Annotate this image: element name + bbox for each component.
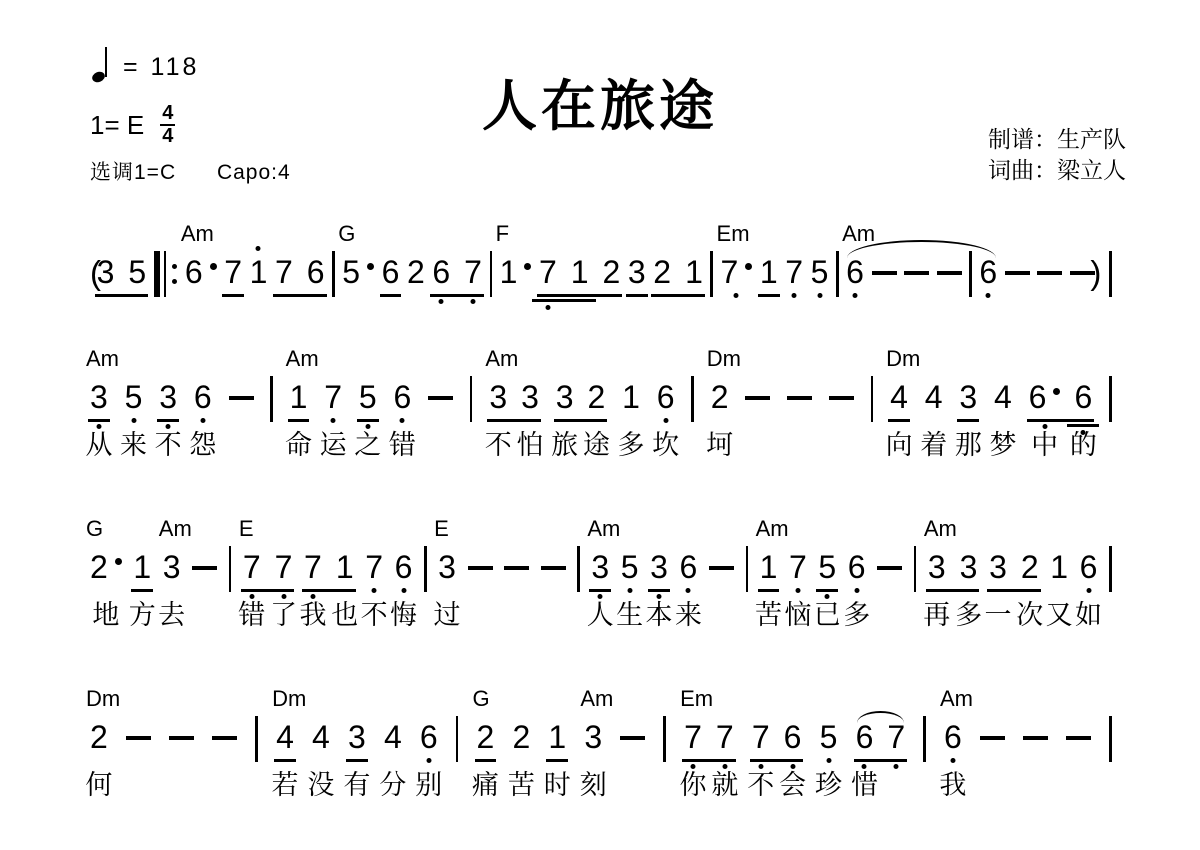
token-group bbox=[921, 719, 928, 766]
lyric-syllable: 如 bbox=[1075, 597, 1102, 633]
dash-token bbox=[937, 254, 962, 290]
dash-token bbox=[980, 719, 1005, 755]
chord-label: G bbox=[473, 681, 490, 717]
dash-line bbox=[541, 566, 566, 570]
low-octave-dot bbox=[471, 299, 476, 304]
low-octave-dot bbox=[853, 293, 858, 298]
beam-group: 3Am人 bbox=[589, 549, 611, 592]
note-token: 2G地 bbox=[90, 549, 122, 585]
score-system-4: 2Dm何4Dm若4没3有4分6别2G痛2苦1时3Am刻7Em你7就7不6会5珍6… bbox=[88, 683, 1114, 763]
note-number: 3 bbox=[438, 549, 456, 585]
dash-token bbox=[468, 549, 493, 585]
lyric-syllable: 我 bbox=[939, 767, 966, 803]
chord-label: E bbox=[434, 511, 449, 547]
lyric-syllable: 的 bbox=[1070, 427, 1097, 463]
barline bbox=[1109, 716, 1112, 762]
chord-label: Am bbox=[924, 511, 957, 547]
token-group: 3Am刻 bbox=[582, 719, 604, 759]
note-number: 6 bbox=[382, 254, 400, 290]
lyric-syllable: 分 bbox=[379, 767, 406, 803]
notes-row: 3Am从5来3不6怨1Am命7运5之6错3Am不3怕3旅2途1多6坎2Dm坷4D… bbox=[88, 379, 1114, 423]
low-octave-dot bbox=[200, 418, 205, 423]
note-token: 2 bbox=[407, 254, 425, 290]
note-number: 1 bbox=[548, 719, 566, 755]
note-token: 5G bbox=[342, 254, 374, 290]
low-octave-dot bbox=[663, 418, 668, 423]
note-token: 6如 bbox=[1080, 549, 1098, 585]
token-group bbox=[268, 379, 275, 426]
dash-token bbox=[1023, 719, 1048, 755]
note-token: 3E过 bbox=[438, 549, 456, 585]
lyric-syllable: 也 bbox=[331, 597, 358, 633]
note-number: 7 bbox=[365, 549, 383, 585]
token-group: ) bbox=[1088, 254, 1103, 296]
note-token: 7 bbox=[785, 254, 803, 290]
repeat-thin-bar bbox=[164, 251, 167, 297]
lyric-syllable: 怕 bbox=[517, 427, 544, 463]
note-number: 7 bbox=[275, 254, 293, 290]
note-token: 7Em bbox=[721, 254, 753, 290]
dash-token bbox=[192, 549, 217, 585]
lyric-syllable: 一 bbox=[984, 597, 1011, 633]
token-group: 5 bbox=[809, 254, 831, 294]
note-number: 6 bbox=[944, 719, 962, 755]
note-number: 7 bbox=[324, 379, 342, 415]
token-group: 6如 bbox=[1078, 549, 1100, 589]
barline bbox=[424, 546, 427, 592]
lyric-syllable: 错 bbox=[389, 427, 416, 463]
low-octave-dot bbox=[854, 588, 859, 593]
beam-group: 7我1也 bbox=[302, 549, 356, 592]
note-token: 3那 bbox=[959, 379, 977, 415]
note-token: 3Am从 bbox=[90, 379, 108, 415]
token-group: 2Dm何 bbox=[88, 719, 110, 759]
chord-label: Am bbox=[286, 341, 319, 377]
beam-group: 3Am不3怕 bbox=[487, 379, 541, 422]
note-number: 3 bbox=[556, 379, 574, 415]
token-group: 4着 bbox=[923, 379, 945, 419]
barline bbox=[836, 251, 839, 297]
lyric-syllable: 来 bbox=[120, 427, 147, 463]
dash-token bbox=[169, 719, 194, 755]
lyric-syllable: 若 bbox=[271, 767, 298, 803]
note-number: 4 bbox=[384, 719, 402, 755]
token-group bbox=[330, 254, 337, 301]
dash-line bbox=[468, 566, 493, 570]
lyric-syllable: 多 bbox=[843, 597, 870, 633]
note-token: 2Dm何 bbox=[90, 719, 108, 755]
dash-line bbox=[126, 736, 151, 740]
note-token: 6怨 bbox=[194, 379, 212, 415]
note-token: 3一 bbox=[989, 549, 1007, 585]
dash-line bbox=[980, 736, 1005, 740]
lyric-syllable: 方 bbox=[129, 597, 156, 633]
note-number: 6 bbox=[194, 379, 212, 415]
note-token: 4Dm向 bbox=[890, 379, 908, 415]
beam-group: 21 bbox=[651, 254, 705, 297]
low-octave-dot bbox=[826, 758, 831, 763]
repeat-thick-bar bbox=[154, 251, 160, 297]
note-number: 6 bbox=[856, 719, 874, 755]
beam-group: 3有 bbox=[346, 719, 368, 762]
note-number: 4 bbox=[276, 719, 294, 755]
barline bbox=[456, 716, 459, 762]
note-number: 6 bbox=[1080, 549, 1098, 585]
note-number: 6 bbox=[395, 549, 413, 585]
score-system-2: 3Am从5来3不6怨1Am命7运5之6错3Am不3怕3旅2途1多6坎2Dm坷4D… bbox=[88, 343, 1114, 423]
note-token: 3Am再 bbox=[928, 549, 946, 585]
note-token: 1方 bbox=[133, 549, 151, 585]
token-group: 5G bbox=[340, 254, 376, 294]
note-token: 7不 bbox=[752, 719, 770, 755]
token-group bbox=[124, 719, 153, 759]
token-group: 6坎 bbox=[655, 379, 677, 419]
note-token: 6Am我 bbox=[944, 719, 962, 755]
dash-line bbox=[212, 736, 237, 740]
low-octave-dot bbox=[372, 588, 377, 593]
score-system-1: (356Am71765G62671F7123217Em1756Am6) bbox=[88, 218, 1114, 298]
note-number: 7 bbox=[785, 254, 803, 290]
note-token: 5之 bbox=[359, 379, 377, 415]
note-token: 6来 bbox=[680, 549, 698, 585]
low-octave-dot bbox=[986, 293, 991, 298]
note-token: 6 bbox=[382, 254, 400, 290]
dash-line bbox=[620, 736, 645, 740]
note-number: 7 bbox=[539, 254, 557, 290]
slur-arc bbox=[857, 711, 905, 723]
note-number: 6 bbox=[657, 379, 675, 415]
note-number: 4 bbox=[890, 379, 908, 415]
dash-line bbox=[428, 396, 453, 400]
dash-line bbox=[169, 736, 194, 740]
lyric-syllable: 去 bbox=[158, 597, 185, 633]
note-number: 5 bbox=[811, 254, 829, 290]
token-group: 7不 bbox=[363, 549, 385, 589]
lyric-syllable: 痛 bbox=[472, 767, 499, 803]
low-octave-dot bbox=[627, 588, 632, 593]
token-group: 1 bbox=[248, 254, 270, 294]
dash-token bbox=[872, 254, 897, 290]
lyric-syllable: 刻 bbox=[580, 767, 607, 803]
note-token: 7 bbox=[224, 254, 242, 290]
note-token: 7恼 bbox=[789, 549, 807, 585]
low-octave-dot bbox=[400, 418, 405, 423]
low-octave-dot bbox=[401, 588, 406, 593]
token-group: 1又 bbox=[1048, 549, 1070, 589]
lyric-syllable: 地 bbox=[92, 597, 119, 633]
beam-group: 1方 bbox=[131, 549, 153, 592]
chord-label: E bbox=[239, 511, 254, 547]
lyric-syllable: 坷 bbox=[706, 427, 733, 463]
token-group: 6Am bbox=[844, 254, 866, 294]
chord-label: G bbox=[86, 511, 103, 547]
low-octave-dot bbox=[131, 418, 136, 423]
chord-label: Am bbox=[580, 681, 613, 717]
note-token: 3Am人 bbox=[591, 549, 609, 585]
dash-token bbox=[1037, 254, 1062, 290]
note-token: 3 bbox=[97, 254, 115, 290]
note-token: 5来 bbox=[125, 379, 143, 415]
note-token: 5已 bbox=[818, 549, 836, 585]
beam-group: 3 bbox=[626, 254, 648, 297]
note-number: 1 bbox=[500, 254, 518, 290]
note-token: 3多 bbox=[960, 549, 978, 585]
token-group: 2苦 bbox=[510, 719, 532, 759]
barline bbox=[470, 376, 473, 422]
note-token: 4梦 bbox=[994, 379, 1012, 415]
note-token: 1Am命 bbox=[290, 379, 308, 415]
chord-label: Dm bbox=[86, 681, 120, 717]
note-token: 5 bbox=[811, 254, 829, 290]
note-token: 7 bbox=[887, 719, 905, 755]
beam-group: 6惜7 bbox=[854, 719, 908, 762]
token-group: 2Dm坷 bbox=[709, 379, 731, 419]
barline bbox=[490, 251, 493, 297]
note-token: 6多 bbox=[848, 549, 866, 585]
lyric-syllable: 不 bbox=[361, 597, 388, 633]
note-token: 6惜 bbox=[856, 719, 874, 755]
low-octave-dot bbox=[545, 305, 550, 310]
note-number: 6 bbox=[420, 719, 438, 755]
beam-group: 5之 bbox=[357, 379, 379, 422]
token-group: 7Em bbox=[719, 254, 755, 294]
token-group bbox=[1107, 549, 1114, 596]
beam-group: 3一2次 bbox=[987, 549, 1041, 592]
token-group bbox=[912, 549, 919, 596]
token-group bbox=[1003, 254, 1032, 294]
lyric-syllable: 恼 bbox=[784, 597, 811, 633]
note-number: 3 bbox=[584, 719, 602, 755]
double-underline bbox=[564, 299, 596, 302]
token-group: 3Am去 bbox=[161, 549, 183, 589]
note-number: 3 bbox=[97, 254, 115, 290]
close-paren: ) bbox=[1090, 254, 1101, 292]
token-group bbox=[227, 379, 256, 419]
token-group bbox=[152, 254, 180, 301]
dash-line bbox=[504, 566, 529, 570]
lyric-syllable: 会 bbox=[779, 767, 806, 803]
note-number: 7 bbox=[304, 549, 322, 585]
token-group: 4分 bbox=[382, 719, 404, 759]
beam-group: 3旅2途 bbox=[554, 379, 608, 422]
lyric-syllable: 运 bbox=[320, 427, 347, 463]
note-number: 7 bbox=[464, 254, 482, 290]
lyric-syllable: 坎 bbox=[652, 427, 679, 463]
note-number: 1 bbox=[760, 254, 778, 290]
note-number: 6 bbox=[848, 549, 866, 585]
dash-line bbox=[877, 566, 902, 570]
barline bbox=[923, 716, 926, 762]
transpose-note: 选调1=C Capo:4 bbox=[90, 156, 291, 186]
note-token: 2Dm坷 bbox=[711, 379, 729, 415]
token-group bbox=[253, 719, 260, 766]
lyric-syllable: 悔 bbox=[390, 597, 417, 633]
token-group bbox=[744, 549, 751, 596]
lyric-syllable: 命 bbox=[285, 427, 312, 463]
lyric-syllable: 人 bbox=[587, 597, 614, 633]
note-token: 6 bbox=[432, 254, 450, 290]
augmentation-dot bbox=[745, 263, 752, 270]
token-group: 7运 bbox=[322, 379, 344, 419]
chord-label: Am bbox=[940, 681, 973, 717]
note-number: 7 bbox=[243, 549, 261, 585]
note-token: 7运 bbox=[324, 379, 342, 415]
note-number: 1 bbox=[571, 254, 589, 290]
chord-label: Dm bbox=[707, 341, 741, 377]
lyric-syllable: 时 bbox=[544, 767, 571, 803]
lyric-syllable: 何 bbox=[85, 767, 112, 803]
note-number: 6 bbox=[680, 549, 698, 585]
time-signature-numerator: 4 bbox=[160, 104, 175, 126]
lyric-syllable: 已 bbox=[814, 597, 841, 633]
note-number: 4 bbox=[994, 379, 1012, 415]
note-number: 6 bbox=[432, 254, 450, 290]
repeat-open-sign bbox=[154, 251, 178, 297]
barline bbox=[914, 546, 917, 592]
token-group: 2 bbox=[405, 254, 427, 294]
note-number: 2 bbox=[1021, 549, 1039, 585]
dash-token bbox=[541, 549, 566, 585]
note-token: 1 bbox=[571, 254, 589, 290]
note-number: 5 bbox=[621, 549, 639, 585]
dash-line bbox=[787, 396, 812, 400]
low-octave-dot bbox=[792, 293, 797, 298]
barline bbox=[255, 716, 258, 762]
note-number: 3 bbox=[591, 549, 609, 585]
token-group: 4没 bbox=[310, 719, 332, 759]
note-number: 2 bbox=[90, 719, 108, 755]
lyric-syllable: 不 bbox=[747, 767, 774, 803]
note-token: 3不 bbox=[159, 379, 177, 415]
lyric-syllable: 来 bbox=[675, 597, 702, 633]
note-number: 6 bbox=[1029, 379, 1047, 415]
note-number: 7 bbox=[789, 549, 807, 585]
beam-group: 35 bbox=[95, 254, 149, 297]
lyric-syllable: 旅 bbox=[551, 427, 578, 463]
note-token: 1 bbox=[760, 254, 778, 290]
dash-token bbox=[709, 549, 734, 585]
beam-group: 3Am再3多 bbox=[926, 549, 980, 592]
token-group bbox=[575, 549, 582, 596]
note-token: 7我 bbox=[304, 549, 322, 585]
dash-token bbox=[620, 719, 645, 755]
dash-token bbox=[504, 549, 529, 585]
lyric-syllable: 有 bbox=[343, 767, 370, 803]
note-number: 2 bbox=[90, 549, 108, 585]
lyric-syllable: 中 bbox=[1031, 427, 1058, 463]
token-group bbox=[210, 719, 239, 759]
token-group: 6来 bbox=[678, 549, 700, 589]
barline bbox=[1109, 376, 1112, 422]
token-group: 6 bbox=[977, 254, 999, 294]
note-number: 7 bbox=[275, 549, 293, 585]
token-group bbox=[689, 379, 696, 426]
lyric-syllable: 再 bbox=[923, 597, 950, 633]
lyric-syllable: 本 bbox=[646, 597, 673, 633]
note-token: 6的 bbox=[1074, 379, 1092, 415]
beam-group: 3Am从 bbox=[88, 379, 110, 422]
token-group: 6怨 bbox=[192, 379, 214, 419]
barline bbox=[746, 546, 749, 592]
note-number: 2 bbox=[407, 254, 425, 290]
dash-token bbox=[745, 379, 770, 415]
note-number: 4 bbox=[925, 379, 943, 415]
low-octave-dot bbox=[331, 418, 336, 423]
dash-line bbox=[745, 396, 770, 400]
token-group bbox=[426, 379, 455, 419]
note-token: 4没 bbox=[312, 719, 330, 755]
token-group: 1F bbox=[498, 254, 534, 294]
note-token: 5 bbox=[128, 254, 146, 290]
note-token: 2G痛 bbox=[477, 719, 495, 755]
low-octave-dot bbox=[817, 293, 822, 298]
note-number: 3 bbox=[521, 379, 539, 415]
note-token: 2苦 bbox=[512, 719, 530, 755]
note-token: 7 bbox=[539, 254, 557, 290]
lyric-syllable: 苦 bbox=[755, 597, 782, 633]
lyric-syllable: 向 bbox=[886, 427, 913, 463]
note-token: 3Am去 bbox=[163, 549, 181, 585]
token-group: 4梦 bbox=[992, 379, 1014, 419]
chord-label: Am bbox=[485, 341, 518, 377]
token-group bbox=[1064, 719, 1093, 759]
beam-group: 7E错7了 bbox=[241, 549, 295, 592]
dash-line bbox=[1037, 271, 1062, 275]
lyric-syllable: 没 bbox=[307, 767, 334, 803]
lyric-syllable: 不 bbox=[485, 427, 512, 463]
repeat-dot bbox=[172, 264, 177, 269]
note-token: 3 bbox=[628, 254, 646, 290]
note-token: 1多 bbox=[622, 379, 640, 415]
low-octave-dot bbox=[894, 764, 899, 769]
low-octave-dot bbox=[426, 758, 431, 763]
notes-row: 2G地1方3Am去7E错7了7我1也7不6悔3E过3Am人5生3本6来1Am苦7… bbox=[88, 549, 1114, 593]
token-group bbox=[785, 379, 814, 419]
note-token: 3Am刻 bbox=[584, 719, 602, 755]
token-group bbox=[902, 254, 931, 294]
lyric-syllable: 你 bbox=[680, 767, 707, 803]
note-token: 3旅 bbox=[556, 379, 574, 415]
note-token: 7就 bbox=[716, 719, 734, 755]
dash-token bbox=[1066, 719, 1091, 755]
note-number: 1 bbox=[622, 379, 640, 415]
dash-line bbox=[829, 396, 854, 400]
note-number: 3 bbox=[348, 719, 366, 755]
token-group bbox=[618, 719, 647, 759]
note-token: 4着 bbox=[925, 379, 943, 415]
beam-group: 5已 bbox=[816, 549, 838, 592]
dash-line bbox=[872, 271, 897, 275]
token-group: 5珍 bbox=[818, 719, 840, 759]
token-group bbox=[935, 254, 964, 294]
note-number: 3 bbox=[90, 379, 108, 415]
token-group: 7 bbox=[783, 254, 805, 294]
token-group bbox=[488, 254, 495, 301]
note-number: 2 bbox=[588, 379, 606, 415]
beam-group: 3那 bbox=[957, 379, 979, 422]
token-group bbox=[707, 549, 736, 589]
note-token: 7不 bbox=[365, 549, 383, 585]
lyric-syllable: 多 bbox=[618, 427, 645, 463]
beam-group: 7 bbox=[222, 254, 244, 297]
dash-token bbox=[229, 379, 254, 415]
token-group bbox=[978, 719, 1007, 759]
notes-row: (356Am71765G62671F7123217Em1756Am6) bbox=[88, 254, 1114, 298]
chord-label: Am bbox=[587, 511, 620, 547]
note-token: 1时 bbox=[548, 719, 566, 755]
note-token: 5生 bbox=[621, 549, 639, 585]
augmentation-dot bbox=[115, 558, 122, 565]
